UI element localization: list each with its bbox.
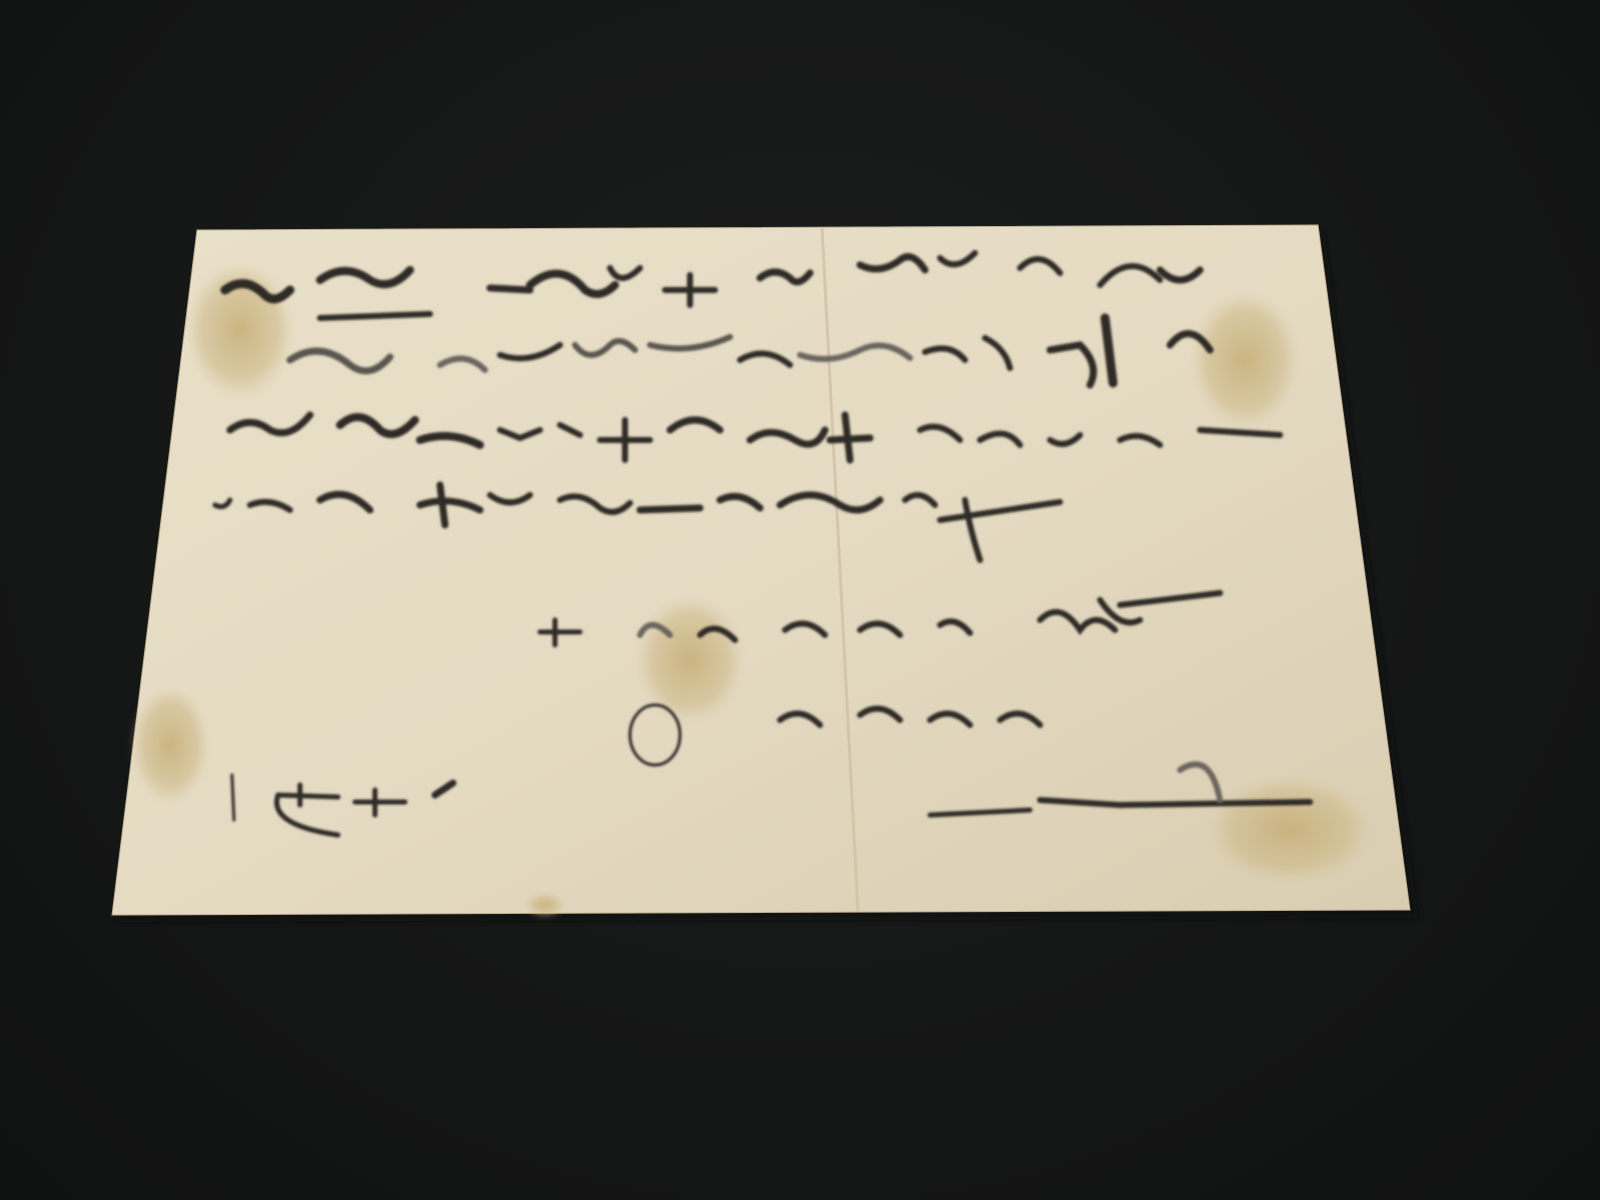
photo-scene <box>0 0 1600 1200</box>
